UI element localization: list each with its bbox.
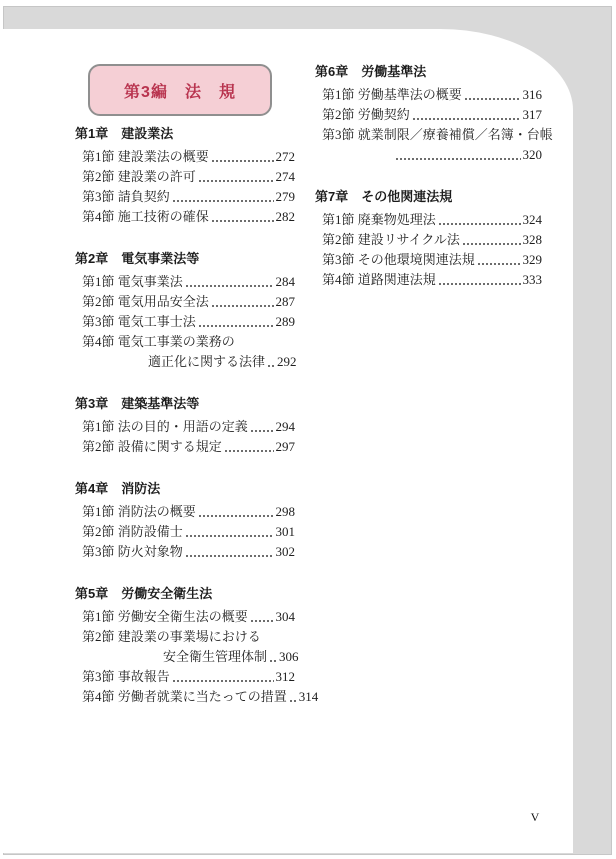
- toc-entry: 第1節 消防法の概要298: [75, 502, 295, 522]
- entry-label: 第1節 労働安全衛生法の概要: [82, 607, 248, 627]
- entry-label: 第1節 消防法の概要: [82, 502, 196, 522]
- entry-label: 第1節 建設業法の概要: [82, 147, 209, 167]
- entry-label: 第2節 建設リサイクル法: [322, 230, 460, 250]
- entry-page-number: 282: [276, 207, 296, 227]
- toc-entry: 第3節 事故報告312: [75, 667, 295, 687]
- chapter-heading: 第3章 建築基準法等: [75, 394, 295, 414]
- dotted-leader: [198, 312, 274, 332]
- dotted-leader: [172, 667, 274, 687]
- toc-chapter: 第4章 消防法第1節 消防法の概要298第2節 消防設備士301第3節 防火対象…: [75, 479, 295, 562]
- dotted-leader: [185, 522, 274, 542]
- continuation-indent: [322, 145, 393, 165]
- dotted-leader: [198, 502, 274, 522]
- toc-entry: 第1節 電気事業法284: [75, 272, 295, 292]
- chapter-heading: 第1章 建設業法: [75, 124, 295, 144]
- entry-page-number: 294: [276, 417, 296, 437]
- toc-chapter: 第2章 電気事業法等第1節 電気事業法284第2節 電気用品安全法287第3節 …: [75, 249, 295, 372]
- continuation-indent: [82, 352, 148, 372]
- dotted-leader: [269, 647, 277, 667]
- page-number: V: [524, 810, 546, 825]
- dotted-leader: [250, 607, 274, 627]
- dotted-leader: [211, 147, 274, 167]
- entry-page-number: 284: [276, 272, 296, 292]
- toc-entry-continuation: 安全衛生管理体制306: [75, 647, 295, 667]
- entry-label: 第2節 設備に関する規定: [82, 437, 222, 457]
- entry-page-number: 274: [276, 167, 296, 187]
- toc-entry-continuation: 適正化に関する法律292: [75, 352, 295, 372]
- toc-entry: 第3節 その他環境関連法規329: [315, 250, 542, 270]
- toc-entry: 第4節 電気工事業の業務の: [75, 332, 295, 352]
- toc-chapter: 第3章 建築基準法等第1節 法の目的・用語の定義294第2節 設備に関する規定2…: [75, 394, 295, 457]
- chapter-heading: 第5章 労働安全衛生法: [75, 584, 295, 604]
- entry-page-number: 320: [523, 145, 543, 165]
- dotted-leader: [185, 272, 274, 292]
- entry-label: 第1節 電気事業法: [82, 272, 183, 292]
- dotted-leader: [462, 230, 521, 250]
- dotted-leader: [477, 250, 521, 270]
- entry-label: 第4節 電気工事業の業務の: [82, 332, 235, 352]
- book-page: 第3編 法 規 第1章 建設業法第1節 建設業法の概要272第2節 建設業の許可…: [0, 0, 616, 859]
- entry-page-number: 329: [523, 250, 543, 270]
- entry-page-number: 297: [276, 437, 296, 457]
- entry-page-number: 328: [523, 230, 543, 250]
- entry-label: 第1節 法の目的・用語の定義: [82, 417, 248, 437]
- entry-page-number: 324: [523, 210, 543, 230]
- toc-entry: 第4節 労働者就業に当たっての措置314: [75, 687, 295, 707]
- toc-entry: 第3節 就業制限／療養補償／名簿・台帳: [315, 125, 542, 145]
- entry-label: 第3節 事故報告: [82, 667, 170, 687]
- entry-page-number: 306: [279, 647, 299, 667]
- entry-page-number: 287: [276, 292, 296, 312]
- toc-entry: 第1節 労働安全衛生法の概要304: [75, 607, 295, 627]
- dotted-leader: [250, 417, 274, 437]
- entry-page-number: 298: [276, 502, 296, 522]
- continuation-indent: [82, 647, 163, 667]
- chapter-heading: 第7章 その他関連法規: [315, 187, 542, 207]
- dotted-leader: [395, 145, 521, 165]
- toc-chapter: 第7章 その他関連法規第1節 廃棄物処理法324第2節 建設リサイクル法328第…: [315, 187, 542, 290]
- chapter-heading: 第6章 労働基準法: [315, 62, 542, 82]
- entry-label: 第2節 建設業の許可: [82, 167, 196, 187]
- entry-label: 第3節 就業制限／療養補償／名簿・台帳: [322, 125, 553, 145]
- entry-label: 第1節 労働基準法の概要: [322, 85, 462, 105]
- toc-entry: 第1節 廃棄物処理法324: [315, 210, 542, 230]
- entry-label: 第3節 防火対象物: [82, 542, 183, 562]
- entry-page-number: 301: [276, 522, 296, 542]
- entry-label: 第1節 廃棄物処理法: [322, 210, 436, 230]
- toc-entry: 第3節 電気工事士法289: [75, 312, 295, 332]
- entry-page-number: 292: [277, 352, 297, 372]
- entry-label: 第3節 その他環境関連法規: [322, 250, 475, 270]
- toc-entry: 第1節 建設業法の概要272: [75, 147, 295, 167]
- entry-label: 第2節 労働契約: [322, 105, 410, 125]
- toc-entry: 第3節 請負契約279: [75, 187, 295, 207]
- toc-entry: 第4節 施工技術の確保282: [75, 207, 295, 227]
- dotted-leader: [172, 187, 274, 207]
- toc-entry: 第2節 建設リサイクル法328: [315, 230, 542, 250]
- dotted-leader: [438, 270, 521, 290]
- entry-page-number: 279: [276, 187, 296, 207]
- entry-page-number: 317: [523, 105, 543, 125]
- dotted-leader: [198, 167, 274, 187]
- dotted-leader: [438, 210, 521, 230]
- entry-label-continued: 安全衛生管理体制: [163, 647, 267, 667]
- entry-page-number: 289: [276, 312, 296, 332]
- entry-label: 第4節 道路関連法規: [322, 270, 436, 290]
- dotted-leader: [464, 85, 521, 105]
- chapter-heading: 第2章 電気事業法等: [75, 249, 295, 269]
- toc-entry: 第2節 消防設備士301: [75, 522, 295, 542]
- entry-page-number: 333: [523, 270, 543, 290]
- toc-entry: 第2節 設備に関する規定297: [75, 437, 295, 457]
- toc-chapter: 第6章 労働基準法第1節 労働基準法の概要316第2節 労働契約317第3節 就…: [315, 62, 542, 165]
- toc-entry: 第1節 法の目的・用語の定義294: [75, 417, 295, 437]
- toc-column-left: 第1章 建設業法第1節 建設業法の概要272第2節 建設業の許可274第3節 請…: [75, 124, 295, 707]
- entry-page-number: 304: [276, 607, 296, 627]
- entry-page-number: 312: [276, 667, 296, 687]
- dotted-leader: [267, 352, 275, 372]
- page-sheet: 第3編 法 規 第1章 建設業法第1節 建設業法の概要272第2節 建設業の許可…: [0, 29, 573, 853]
- toc-column-right: 第6章 労働基準法第1節 労働基準法の概要316第2節 労働契約317第3節 就…: [315, 62, 542, 290]
- toc-entry: 第3節 防火対象物302: [75, 542, 295, 562]
- entry-label: 第2節 電気用品安全法: [82, 292, 209, 312]
- part-title-box: 第3編 法 規: [88, 64, 272, 116]
- entry-label: 第2節 建設業の事業場における: [82, 627, 261, 647]
- dotted-leader: [211, 207, 274, 227]
- dotted-leader: [211, 292, 274, 312]
- toc-chapter: 第5章 労働安全衛生法第1節 労働安全衛生法の概要304第2節 建設業の事業場に…: [75, 584, 295, 707]
- toc-entry: 第4節 道路関連法規333: [315, 270, 542, 290]
- toc-entry-continuation: 320: [315, 145, 542, 165]
- entry-page-number: 302: [276, 542, 296, 562]
- chapter-heading: 第4章 消防法: [75, 479, 295, 499]
- dotted-leader: [185, 542, 274, 562]
- entry-label-continued: 適正化に関する法律: [148, 352, 265, 372]
- entry-label: 第3節 電気工事士法: [82, 312, 196, 332]
- part-title: 第3編 法 規: [124, 79, 236, 102]
- entry-label: 第3節 請負契約: [82, 187, 170, 207]
- toc-entry: 第2節 建設業の事業場における: [75, 627, 295, 647]
- entry-label: 第4節 施工技術の確保: [82, 207, 209, 227]
- dotted-leader: [289, 687, 297, 707]
- entry-label: 第2節 消防設備士: [82, 522, 183, 542]
- entry-label: 第4節 労働者就業に当たっての措置: [82, 687, 287, 707]
- toc-entry: 第2節 建設業の許可274: [75, 167, 295, 187]
- toc-chapter: 第1章 建設業法第1節 建設業法の概要272第2節 建設業の許可274第3節 請…: [75, 124, 295, 227]
- dotted-leader: [412, 105, 521, 125]
- entry-page-number: 314: [299, 687, 319, 707]
- dotted-leader: [224, 437, 274, 457]
- toc-entry: 第1節 労働基準法の概要316: [315, 85, 542, 105]
- entry-page-number: 316: [523, 85, 543, 105]
- toc-entry: 第2節 労働契約317: [315, 105, 542, 125]
- entry-page-number: 272: [276, 147, 296, 167]
- toc-entry: 第2節 電気用品安全法287: [75, 292, 295, 312]
